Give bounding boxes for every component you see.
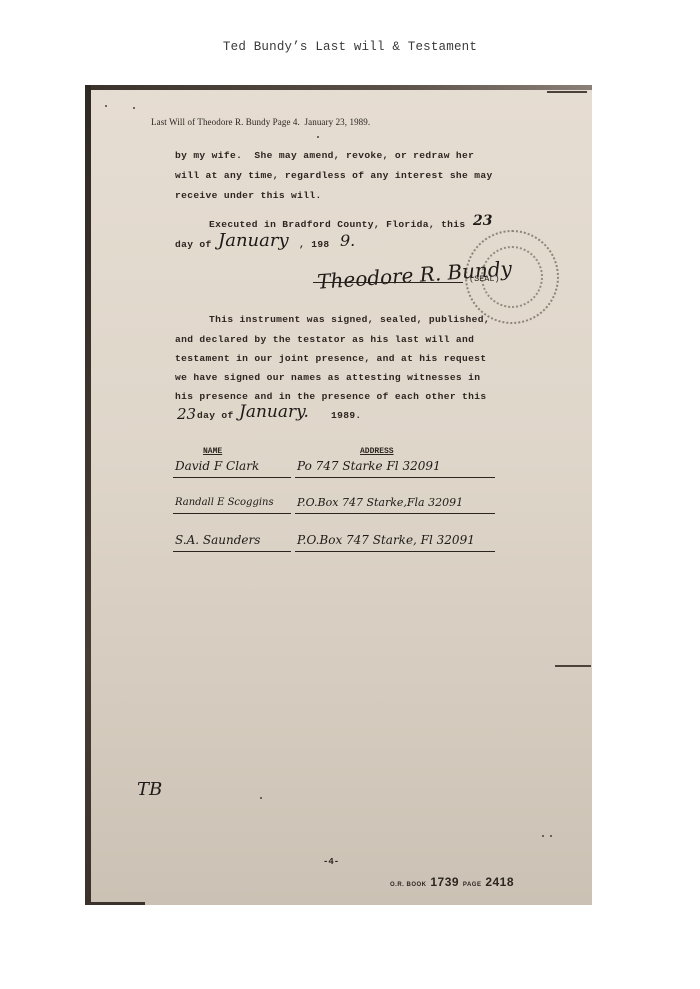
address-line <box>295 551 495 552</box>
book-label: O.R. BOOK <box>390 882 427 888</box>
witness-address: P.O.Box 747 Starke,Fla 32091 <box>297 496 463 509</box>
name-line <box>173 513 291 514</box>
day-of-label: day of <box>175 239 212 250</box>
book-page-stamp: O.R. BOOK 1739 PAGE 2418 <box>390 875 514 889</box>
edge-mark <box>555 665 591 667</box>
attest-day-of: day of <box>197 410 234 421</box>
attestation-line: and declared by the testator as his last… <box>175 334 474 345</box>
attestation-line: we have signed our names as attesting wi… <box>175 372 480 383</box>
edge-mark <box>547 91 587 93</box>
paragraph-line: receive under this will. <box>175 190 322 201</box>
speck <box>550 835 552 837</box>
column-header-name: NAME <box>203 447 222 456</box>
column-header-address: ADDRESS <box>360 447 394 456</box>
page-number: -4- <box>323 857 339 867</box>
speck <box>133 107 135 109</box>
witness-address: Po 747 Starke Fl 32091 <box>297 459 441 473</box>
book-page-number: 2418 <box>485 875 514 889</box>
testator-initials: TB <box>137 779 162 800</box>
speck <box>105 105 107 107</box>
attest-month: January. <box>239 402 309 422</box>
signature-line <box>313 282 463 283</box>
attest-day: 23 <box>177 405 196 423</box>
name-line <box>173 477 291 478</box>
paragraph-line: will at any time, regardless of any inte… <box>175 170 493 181</box>
seal-label: (SEAL) <box>469 274 500 284</box>
speck <box>260 797 262 799</box>
document-header: Last Will of Theodore R. Bundy Page 4. J… <box>151 117 370 127</box>
speck <box>542 835 544 837</box>
attestation-line: This instrument was signed, sealed, publ… <box>209 314 490 325</box>
scan-edge-left <box>85 85 91 905</box>
executed-day: 23 <box>473 213 492 229</box>
executed-year-digit: 9. <box>340 231 355 250</box>
address-line <box>295 477 495 478</box>
scanned-will-page: Last Will of Theodore R. Bundy Page 4. J… <box>85 85 592 905</box>
scan-edge-bottom <box>85 902 145 905</box>
speck <box>317 136 319 138</box>
scan-edge-top <box>85 85 592 90</box>
executed-month: January <box>218 230 289 251</box>
name-line <box>173 551 291 552</box>
attestation-line: testament in our joint presence, and at … <box>175 353 486 364</box>
address-line <box>295 513 495 514</box>
attest-year: 1989. <box>331 410 362 421</box>
witness-name: S.A. Saunders <box>175 533 260 547</box>
witness-name: David F Clark <box>175 459 259 473</box>
page-label: PAGE <box>463 882 482 888</box>
page-title: Ted Bundy’s Last will & Testament <box>0 40 700 54</box>
witness-name: Randall E Scoggins <box>175 497 274 508</box>
executed-year-prefix: , 198 <box>299 239 330 250</box>
paragraph-line: by my wife. She may amend, revoke, or re… <box>175 150 474 161</box>
attestation-line: his presence and in the presence of each… <box>175 391 486 402</box>
book-number: 1739 <box>430 875 459 889</box>
executed-line: Executed in Bradford County, Florida, th… <box>209 219 466 230</box>
witness-address: P.O.Box 747 Starke, Fl 32091 <box>297 533 475 547</box>
